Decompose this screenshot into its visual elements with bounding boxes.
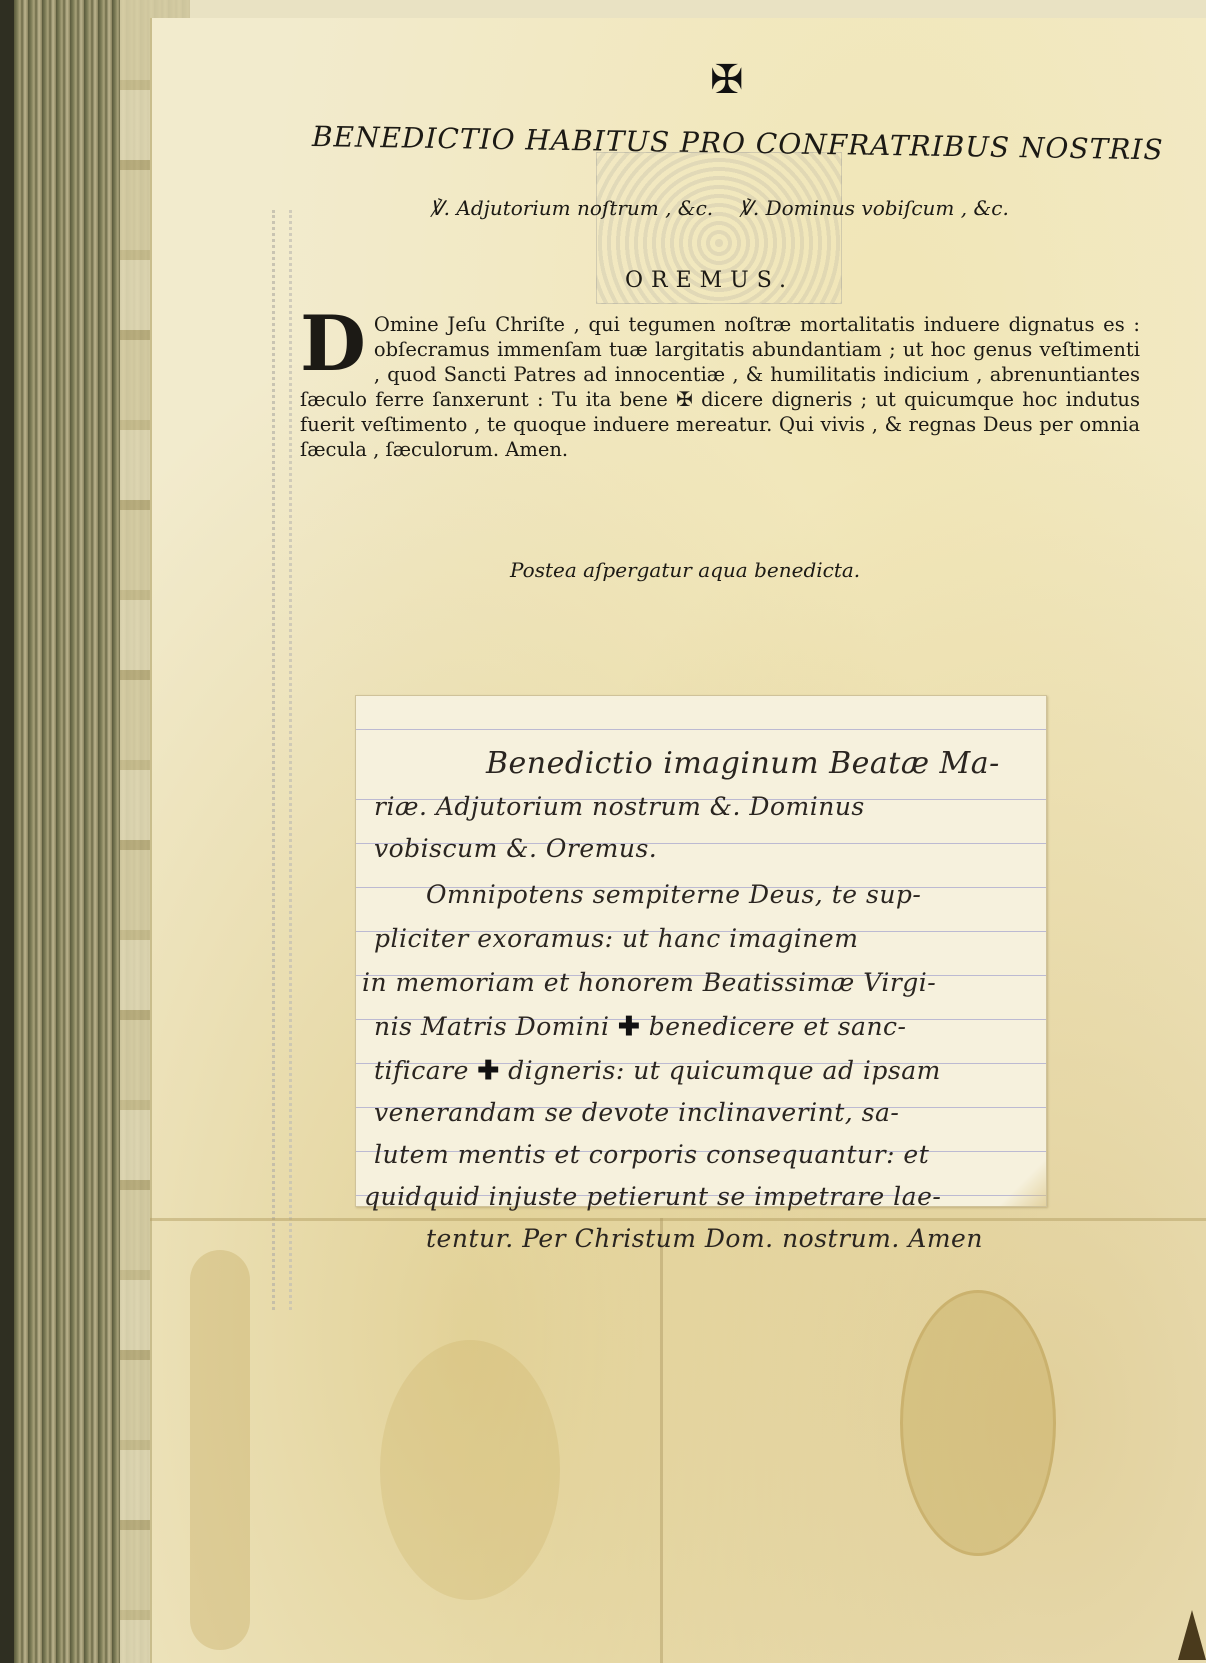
- note-line: vobiscum &. Oremus.: [374, 834, 657, 863]
- note-line: quidquid injuste petierunt se impetrare …: [364, 1182, 941, 1211]
- note-line: tificare ✚ digneris: ut quicumque ad ips…: [374, 1056, 941, 1086]
- cross-icon: ✚: [477, 1056, 499, 1086]
- blessing-cross-icon: ✠: [676, 387, 693, 411]
- note-text: nis Matris Domini: [374, 1012, 610, 1041]
- water-stain-oval: [900, 1290, 1056, 1556]
- ornamental-border-bleedthrough: [272, 210, 292, 1310]
- note-line: Benedictio imaginum Beatæ Ma-: [486, 746, 1000, 781]
- versicle-2: ℣. Dominus vobiſcum , &c.: [739, 196, 1009, 220]
- note-line: tentur. Per Christum Dom. nostrum. Amen: [426, 1224, 983, 1253]
- note-line: pliciter exoramus: ut hanc imaginem: [374, 924, 858, 953]
- cross-pattee-icon: ✠: [710, 60, 744, 100]
- pasted-handwritten-note: Benedictio imaginum Beatæ Ma- riæ. Adjut…: [355, 695, 1047, 1207]
- drop-cap: D: [300, 314, 366, 374]
- note-line: venerandam se devote inclinaverint, sa-: [374, 1098, 899, 1127]
- note-line: Omnipotens sempiterne Deus, te sup-: [426, 880, 921, 909]
- note-line: riæ. Adjutorium nostrum &. Dominus: [374, 792, 865, 821]
- note-line: lutem mentis et corporis consequantur: e…: [374, 1140, 929, 1169]
- note-line: nis Matris Domini ✚ benedicere et sanc-: [374, 1012, 907, 1042]
- fold-line-vertical: [660, 1218, 663, 1663]
- edge-stain: [190, 1250, 250, 1650]
- cross-icon: ✚: [618, 1012, 640, 1042]
- oremus-heading: OREMUS.: [625, 268, 794, 293]
- corner-tear: [1178, 1610, 1206, 1660]
- note-line: in memoriam et honorem Beatissimæ Virgi-: [362, 968, 936, 997]
- rubric-instruction: Postea aſpergatur aqua benedicta.: [510, 558, 860, 582]
- fold-line-horizontal: [150, 1218, 1206, 1221]
- note-text: benedicere et sanc-: [649, 1012, 907, 1041]
- versicles: ℣. Adjutorium noſtrum , &c.℣. Dominus vo…: [430, 196, 1009, 220]
- versicle-1: ℣. Adjutorium noſtrum , &c.: [430, 196, 713, 220]
- note-text: digneris: ut quicumque ad ipsam: [508, 1056, 941, 1085]
- prayer-paragraph: D Omine Jeſu Chriſte , qui tegumen noſtr…: [300, 312, 1140, 462]
- note-text: tificare: [374, 1056, 469, 1085]
- water-stain: [380, 1340, 560, 1600]
